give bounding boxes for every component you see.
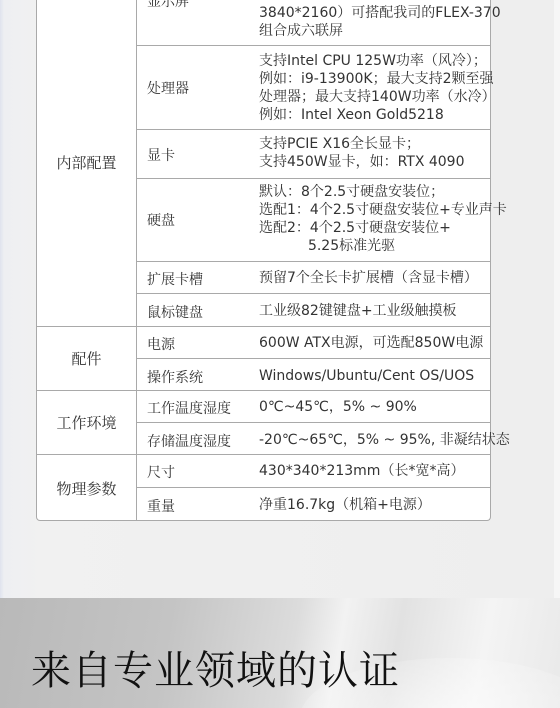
spec-row-display: 显示屏 3840*2160）可搭配我司的FLEX-370 组合成六联屏 — [137, 0, 490, 46]
spec-row-cpu: 处理器 支持Intel CPU 125W功率（风冷）； 例如：i9-13900K… — [137, 46, 490, 130]
spec-value: -20℃~65℃，5% ~ 95%, 非凝结状态 — [259, 431, 510, 449]
spec-name: 工作温度湿度 — [147, 398, 231, 418]
spec-group-physical: 物理参数 尺寸 430*340*213mm（长*宽*高） 重量 净重16.7kg… — [37, 455, 490, 521]
spec-name: 电源 — [147, 334, 175, 354]
spec-name: 操作系统 — [147, 367, 203, 387]
spec-row-hdd: 硬盘 默认：8个2.5寸硬盘安装位； 选配1：4个2.5寸硬盘安装位+专业声卡 … — [137, 179, 490, 262]
spec-value: 600W ATX电源，可选配850W电源 — [259, 334, 483, 352]
spec-name: 显示屏 — [147, 0, 189, 11]
spec-row-keyboard-mouse: 鼠标键盘 工业级82键键盘+工业级触摸板 — [137, 294, 490, 327]
spec-value: 工业级82键键盘+工业级触摸板 — [259, 302, 457, 320]
spec-name: 处理器 — [147, 78, 189, 98]
spec-name: 存储温度湿度 — [147, 431, 231, 451]
spec-value: 默认：8个2.5寸硬盘安装位； 选配1：4个2.5寸硬盘安装位+专业声卡 选配2… — [259, 183, 507, 255]
spec-row-gpu: 显卡 支持PCIE X16全长显卡； 支持450W显卡，如：RTX 4090 — [137, 130, 490, 179]
spec-row-power: 电源 600W ATX电源，可选配850W电源 — [137, 327, 490, 359]
spec-name: 尺寸 — [147, 462, 175, 482]
spec-row-expansion-slots: 扩展卡槽 预留7个全长卡扩展槽（含显卡槽） — [137, 262, 490, 294]
group-label: 内部配置 — [37, 0, 137, 326]
spec-value: 净重16.7kg（机箱+电源） — [259, 496, 431, 514]
spec-row-operating-temp: 工作温度湿度 0℃~45℃，5% ~ 90% — [137, 391, 490, 423]
spec-table: 内部配置 显示屏 3840*2160）可搭配我司的FLEX-370 组合成六联屏… — [36, 0, 491, 521]
spec-group-internal-config: 内部配置 显示屏 3840*2160）可搭配我司的FLEX-370 组合成六联屏… — [37, 0, 490, 327]
spec-name: 鼠标键盘 — [147, 302, 203, 322]
spec-row-os: 操作系统 Windows/Ubuntu/Cent OS/UOS — [137, 359, 490, 391]
spec-value: Windows/Ubuntu/Cent OS/UOS — [259, 367, 474, 385]
spec-group-accessories: 配件 电源 600W ATX电源，可选配850W电源 操作系统 Windows/… — [37, 327, 490, 391]
spec-value: 支持PCIE X16全长显卡； 支持450W显卡，如：RTX 4090 — [259, 135, 465, 171]
spec-value: 3840*2160）可搭配我司的FLEX-370 组合成六联屏 — [259, 4, 501, 40]
spec-name: 硬盘 — [147, 210, 175, 230]
spec-value: 0℃~45℃，5% ~ 90% — [259, 398, 417, 416]
spec-row-storage-temp: 存储温度湿度 -20℃~65℃，5% ~ 95%, 非凝结状态 — [137, 423, 490, 455]
group-label: 工作环境 — [37, 391, 137, 454]
spec-row-weight: 重量 净重16.7kg（机箱+电源） — [137, 488, 490, 521]
spec-value: 430*340*213mm（长*宽*高） — [259, 462, 464, 480]
spec-value: 预留7个全长卡扩展槽（含显卡槽） — [259, 269, 478, 287]
spec-name: 重量 — [147, 496, 175, 516]
group-label: 物理参数 — [37, 455, 137, 521]
spec-row-dimensions: 尺寸 430*340*213mm（长*宽*高） — [137, 455, 490, 488]
spec-name: 显卡 — [147, 145, 175, 165]
group-label: 配件 — [37, 327, 137, 390]
spec-group-environment: 工作环境 工作温度湿度 0℃~45℃，5% ~ 90% 存储温度湿度 -20℃~… — [37, 391, 490, 455]
spec-value: 支持Intel CPU 125W功率（风冷）； 例如：i9-13900K；最大支… — [259, 52, 496, 124]
section-heading: 来自专业领域的认证 — [31, 646, 400, 696]
spec-name: 扩展卡槽 — [147, 269, 203, 289]
